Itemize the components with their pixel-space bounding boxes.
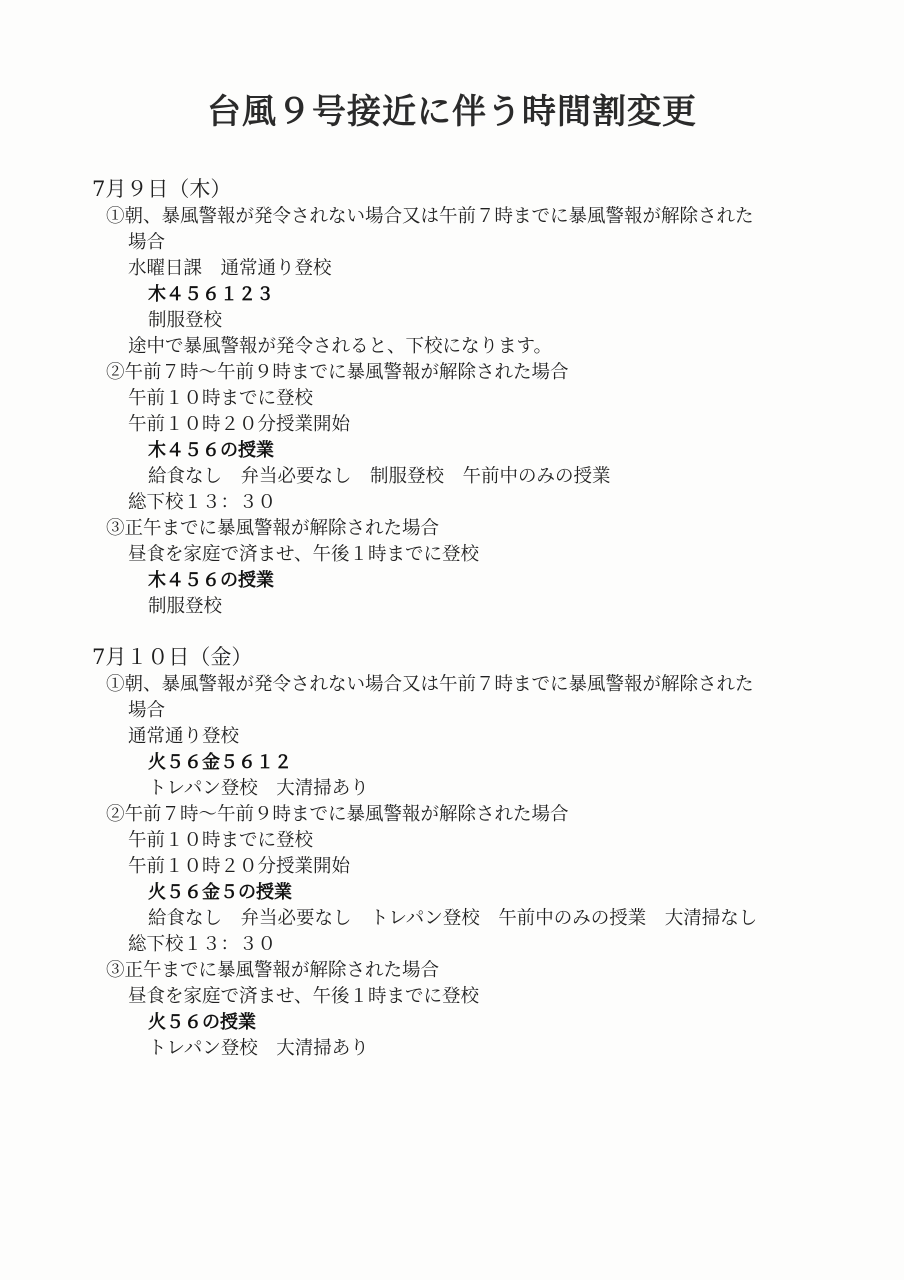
case-heading: ②午前７時～午前９時までに暴風警報が解除された場合: [106, 802, 569, 828]
case-after: 途中で暴風警報が発令されると、下校になります。: [128, 334, 552, 360]
case-line: 午前１０時２０分授業開始: [128, 854, 350, 880]
day-heading: 7月９日（木）: [92, 176, 231, 202]
schedule-label: 木４５６の授業: [148, 568, 274, 594]
case-heading-cont: 場合: [128, 698, 165, 724]
schedule-label: 火５６の授業: [148, 1010, 256, 1036]
schedule-label: 火５６金５６１２: [148, 750, 292, 776]
case-heading: ③正午までに暴風警報が解除された場合: [106, 516, 439, 542]
page-title: 台風９号接近に伴う時間割変更: [0, 84, 904, 133]
schedule-label: 火５６金５の授業: [148, 880, 292, 906]
document-page: 台風９号接近に伴う時間割変更 7月９日（木） ①朝、暴風警報が発令されない場合又…: [0, 0, 904, 1280]
case-line: 昼食を家庭で済ませ、午後１時までに登校: [128, 542, 479, 568]
case-line: 水曜日課 通常通り登校: [128, 256, 332, 282]
case-heading: ③正午までに暴風警報が解除された場合: [106, 958, 439, 984]
case-line: 午前１０時までに登校: [128, 828, 313, 854]
case-note: 給食なし 弁当必要なし トレパン登校 午前中のみの授業 大清掃なし: [148, 906, 757, 932]
case-heading: ①朝、暴風警報が発令されない場合又は午前７時までに暴風警報が解除された: [106, 204, 754, 230]
schedule-label: 木４５６の授業: [148, 438, 274, 464]
case-line: 通常通り登校: [128, 724, 239, 750]
case-line: 昼食を家庭で済ませ、午後１時までに登校: [128, 984, 479, 1010]
case-line: 午前１０時２０分授業開始: [128, 412, 350, 438]
case-after: 総下校１３：３０: [128, 490, 276, 516]
case-heading-cont: 場合: [128, 230, 165, 256]
case-heading: ①朝、暴風警報が発令されない場合又は午前７時までに暴風警報が解除された: [106, 672, 754, 698]
case-line: 午前１０時までに登校: [128, 386, 313, 412]
case-note: 制服登校: [148, 308, 222, 334]
case-note: トレパン登校 大清掃あり: [148, 776, 369, 802]
case-heading: ②午前７時～午前９時までに暴風警報が解除された場合: [106, 360, 569, 386]
case-after: 総下校１３：３０: [128, 932, 276, 958]
case-note: トレパン登校 大清掃あり: [148, 1036, 369, 1062]
case-note: 制服登校: [148, 594, 222, 620]
case-note: 給食なし 弁当必要なし 制服登校 午前中のみの授業: [148, 464, 611, 490]
day-heading: 7月１０日（金）: [92, 644, 252, 670]
schedule-label: 木４５６１２３: [148, 282, 274, 308]
